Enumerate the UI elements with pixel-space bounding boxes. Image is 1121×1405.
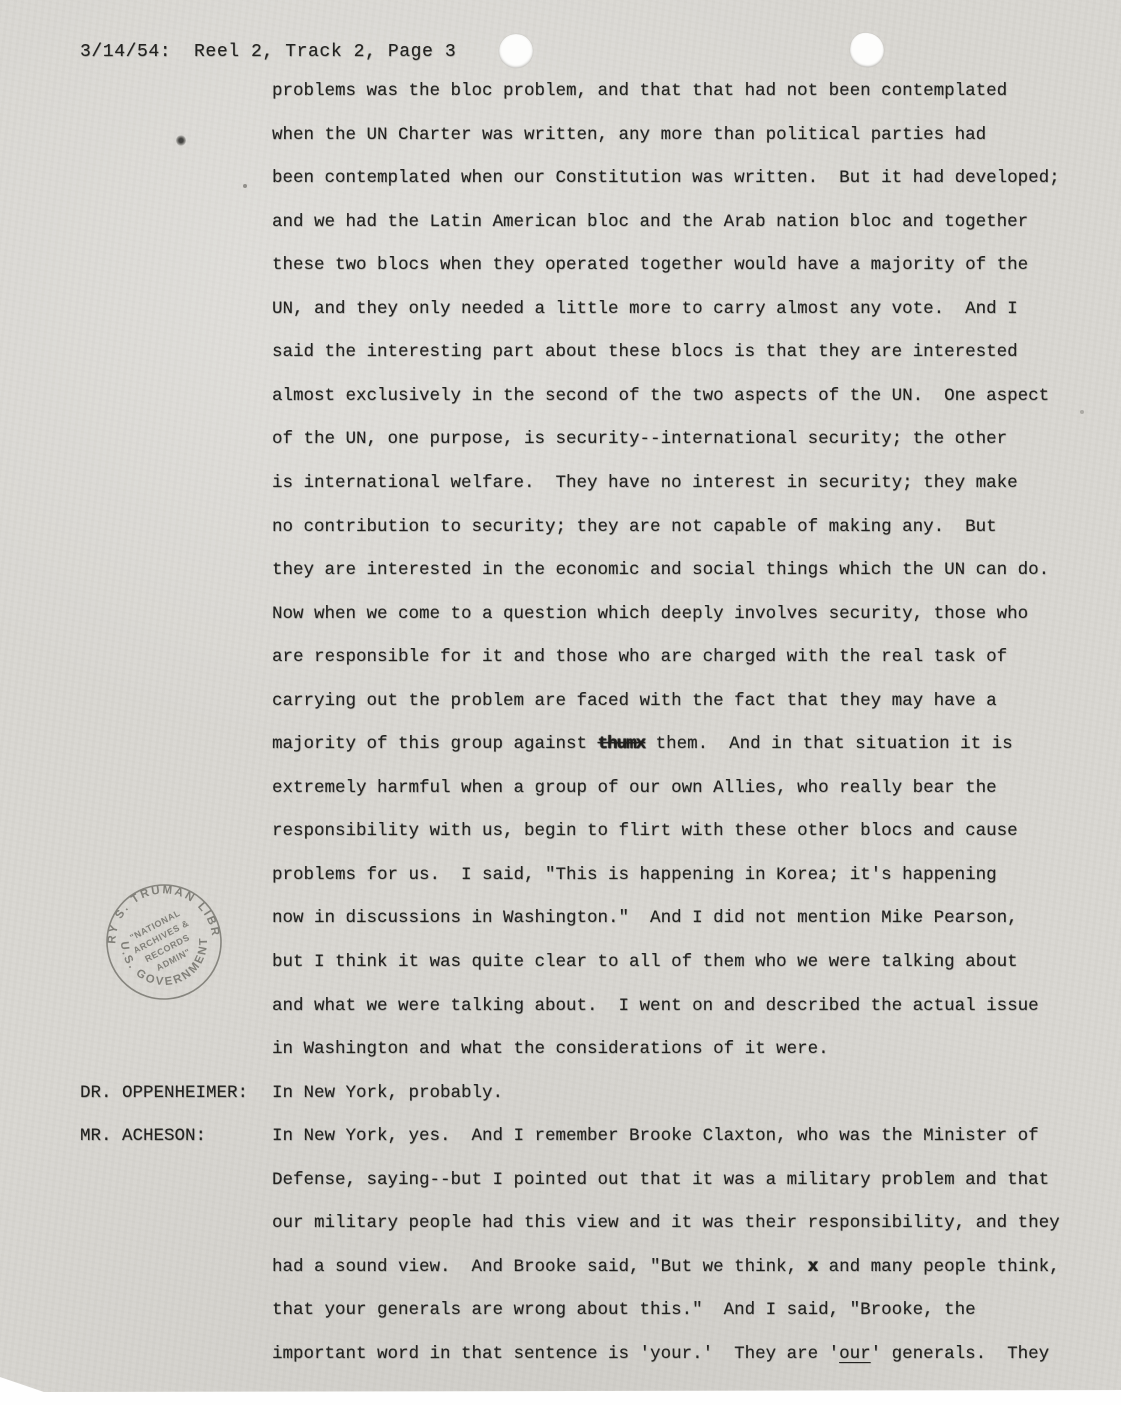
- transcript-line: in Washington and what the consideration…: [0, 1038, 1121, 1062]
- transcript-line: no contribution to security; they are no…: [0, 516, 1121, 540]
- struck-word: x: [808, 1257, 819, 1277]
- line-text: been contemplated when our Constitution …: [272, 167, 1060, 189]
- underlined-word: our: [839, 1344, 871, 1364]
- line-text: when the UN Charter was written, any mor…: [272, 124, 986, 146]
- line-text: Now when we come to a question which dee…: [272, 603, 1028, 625]
- line-text: said the interesting part about these bl…: [272, 341, 1018, 363]
- line-text: these two blocs when they operated toget…: [272, 254, 1028, 276]
- transcript-line: MR. ACHESON:In New York, yes. And I reme…: [0, 1125, 1121, 1149]
- transcript-line: extremely harmful when a group of our ow…: [0, 777, 1121, 801]
- line-text: carrying out the problem are faced with …: [272, 690, 997, 712]
- transcript-line: of the UN, one purpose, is security--int…: [0, 428, 1121, 452]
- transcript-line: had a sound view. And Brooke said, "But …: [0, 1256, 1121, 1280]
- archive-stamp-icon: HARRY S. TRUMAN LIBRARY U.S. GOVERNMENT …: [83, 861, 245, 1023]
- transcript-line: our military people had this view and it…: [0, 1212, 1121, 1236]
- transcript: problems was the bloc problem, and that …: [0, 0, 1121, 1397]
- line-text: problems for us. I said, "This is happen…: [272, 864, 997, 886]
- transcript-line: said the interesting part about these bl…: [0, 341, 1121, 365]
- line-text: are responsible for it and those who are…: [272, 646, 1007, 668]
- line-text: is international welfare. They have no i…: [272, 472, 1018, 494]
- line-text: In New York, yes. And I remember Brooke …: [272, 1125, 1039, 1147]
- line-text: that your generals are wrong about this.…: [272, 1299, 976, 1321]
- line-text: In New York, probably.: [272, 1082, 503, 1104]
- transcript-line: problems was the bloc problem, and that …: [0, 80, 1121, 104]
- line-text: now in discussions in Washington." And I…: [272, 907, 1018, 929]
- transcript-line: carrying out the problem are faced with …: [0, 690, 1121, 714]
- transcript-line: important word in that sentence is 'your…: [0, 1343, 1121, 1367]
- line-text: problems was the bloc problem, and that …: [272, 80, 1007, 102]
- scan-background: 3/14/54: Reel 2, Track 2, Page 3 problem…: [0, 0, 1121, 1405]
- line-text: had a sound view. And Brooke said, "But …: [272, 1256, 1060, 1278]
- line-text: responsibility with us, begin to flirt w…: [272, 820, 1018, 842]
- line-text: Defense, saying--but I pointed out that …: [272, 1169, 1049, 1191]
- transcript-line: are responsible for it and those who are…: [0, 646, 1121, 670]
- line-text: and what we were talking about. I went o…: [272, 995, 1039, 1017]
- stamp-top-text: HARRY S. TRUMAN LIBRARY: [83, 861, 222, 948]
- transcript-line: DR. OPPENHEIMER:In New York, probably.: [0, 1082, 1121, 1106]
- line-text: no contribution to security; they are no…: [272, 516, 997, 538]
- transcript-line: and we had the Latin American bloc and t…: [0, 211, 1121, 235]
- line-text: majority of this group against thumx the…: [272, 733, 1013, 755]
- transcript-line: Defense, saying--but I pointed out that …: [0, 1169, 1121, 1193]
- transcript-line: almost exclusively in the second of the …: [0, 385, 1121, 409]
- transcript-line: these two blocs when they operated toget…: [0, 254, 1121, 278]
- transcript-line: Now when we come to a question which dee…: [0, 603, 1121, 627]
- line-text: they are interested in the economic and …: [272, 559, 1049, 581]
- line-text: of the UN, one purpose, is security--int…: [272, 428, 1007, 450]
- transcript-line: responsibility with us, begin to flirt w…: [0, 820, 1121, 844]
- struck-word: thumx: [598, 734, 646, 754]
- line-text: in Washington and what the consideration…: [272, 1038, 829, 1060]
- transcript-line: that your generals are wrong about this.…: [0, 1299, 1121, 1323]
- line-text: important word in that sentence is 'your…: [272, 1343, 1049, 1365]
- line-text: but I think it was quite clear to all of…: [272, 951, 1018, 973]
- speaker-label: MR. ACHESON:: [80, 1125, 206, 1147]
- transcript-line: majority of this group against thumx the…: [0, 733, 1121, 757]
- transcript-line: is international welfare. They have no i…: [0, 472, 1121, 496]
- line-text: our military people had this view and it…: [272, 1212, 1060, 1234]
- transcript-line: been contemplated when our Constitution …: [0, 167, 1121, 191]
- line-text: extremely harmful when a group of our ow…: [272, 777, 997, 799]
- speaker-label: DR. OPPENHEIMER:: [80, 1082, 248, 1104]
- transcript-line: they are interested in the economic and …: [0, 559, 1121, 583]
- line-text: almost exclusively in the second of the …: [272, 385, 1049, 407]
- transcript-line: when the UN Charter was written, any mor…: [0, 124, 1121, 148]
- transcript-line: UN, and they only needed a little more t…: [0, 298, 1121, 322]
- document-page: 3/14/54: Reel 2, Track 2, Page 3 problem…: [0, 0, 1121, 1397]
- line-text: UN, and they only needed a little more t…: [272, 298, 1018, 320]
- line-text: and we had the Latin American bloc and t…: [272, 211, 1028, 233]
